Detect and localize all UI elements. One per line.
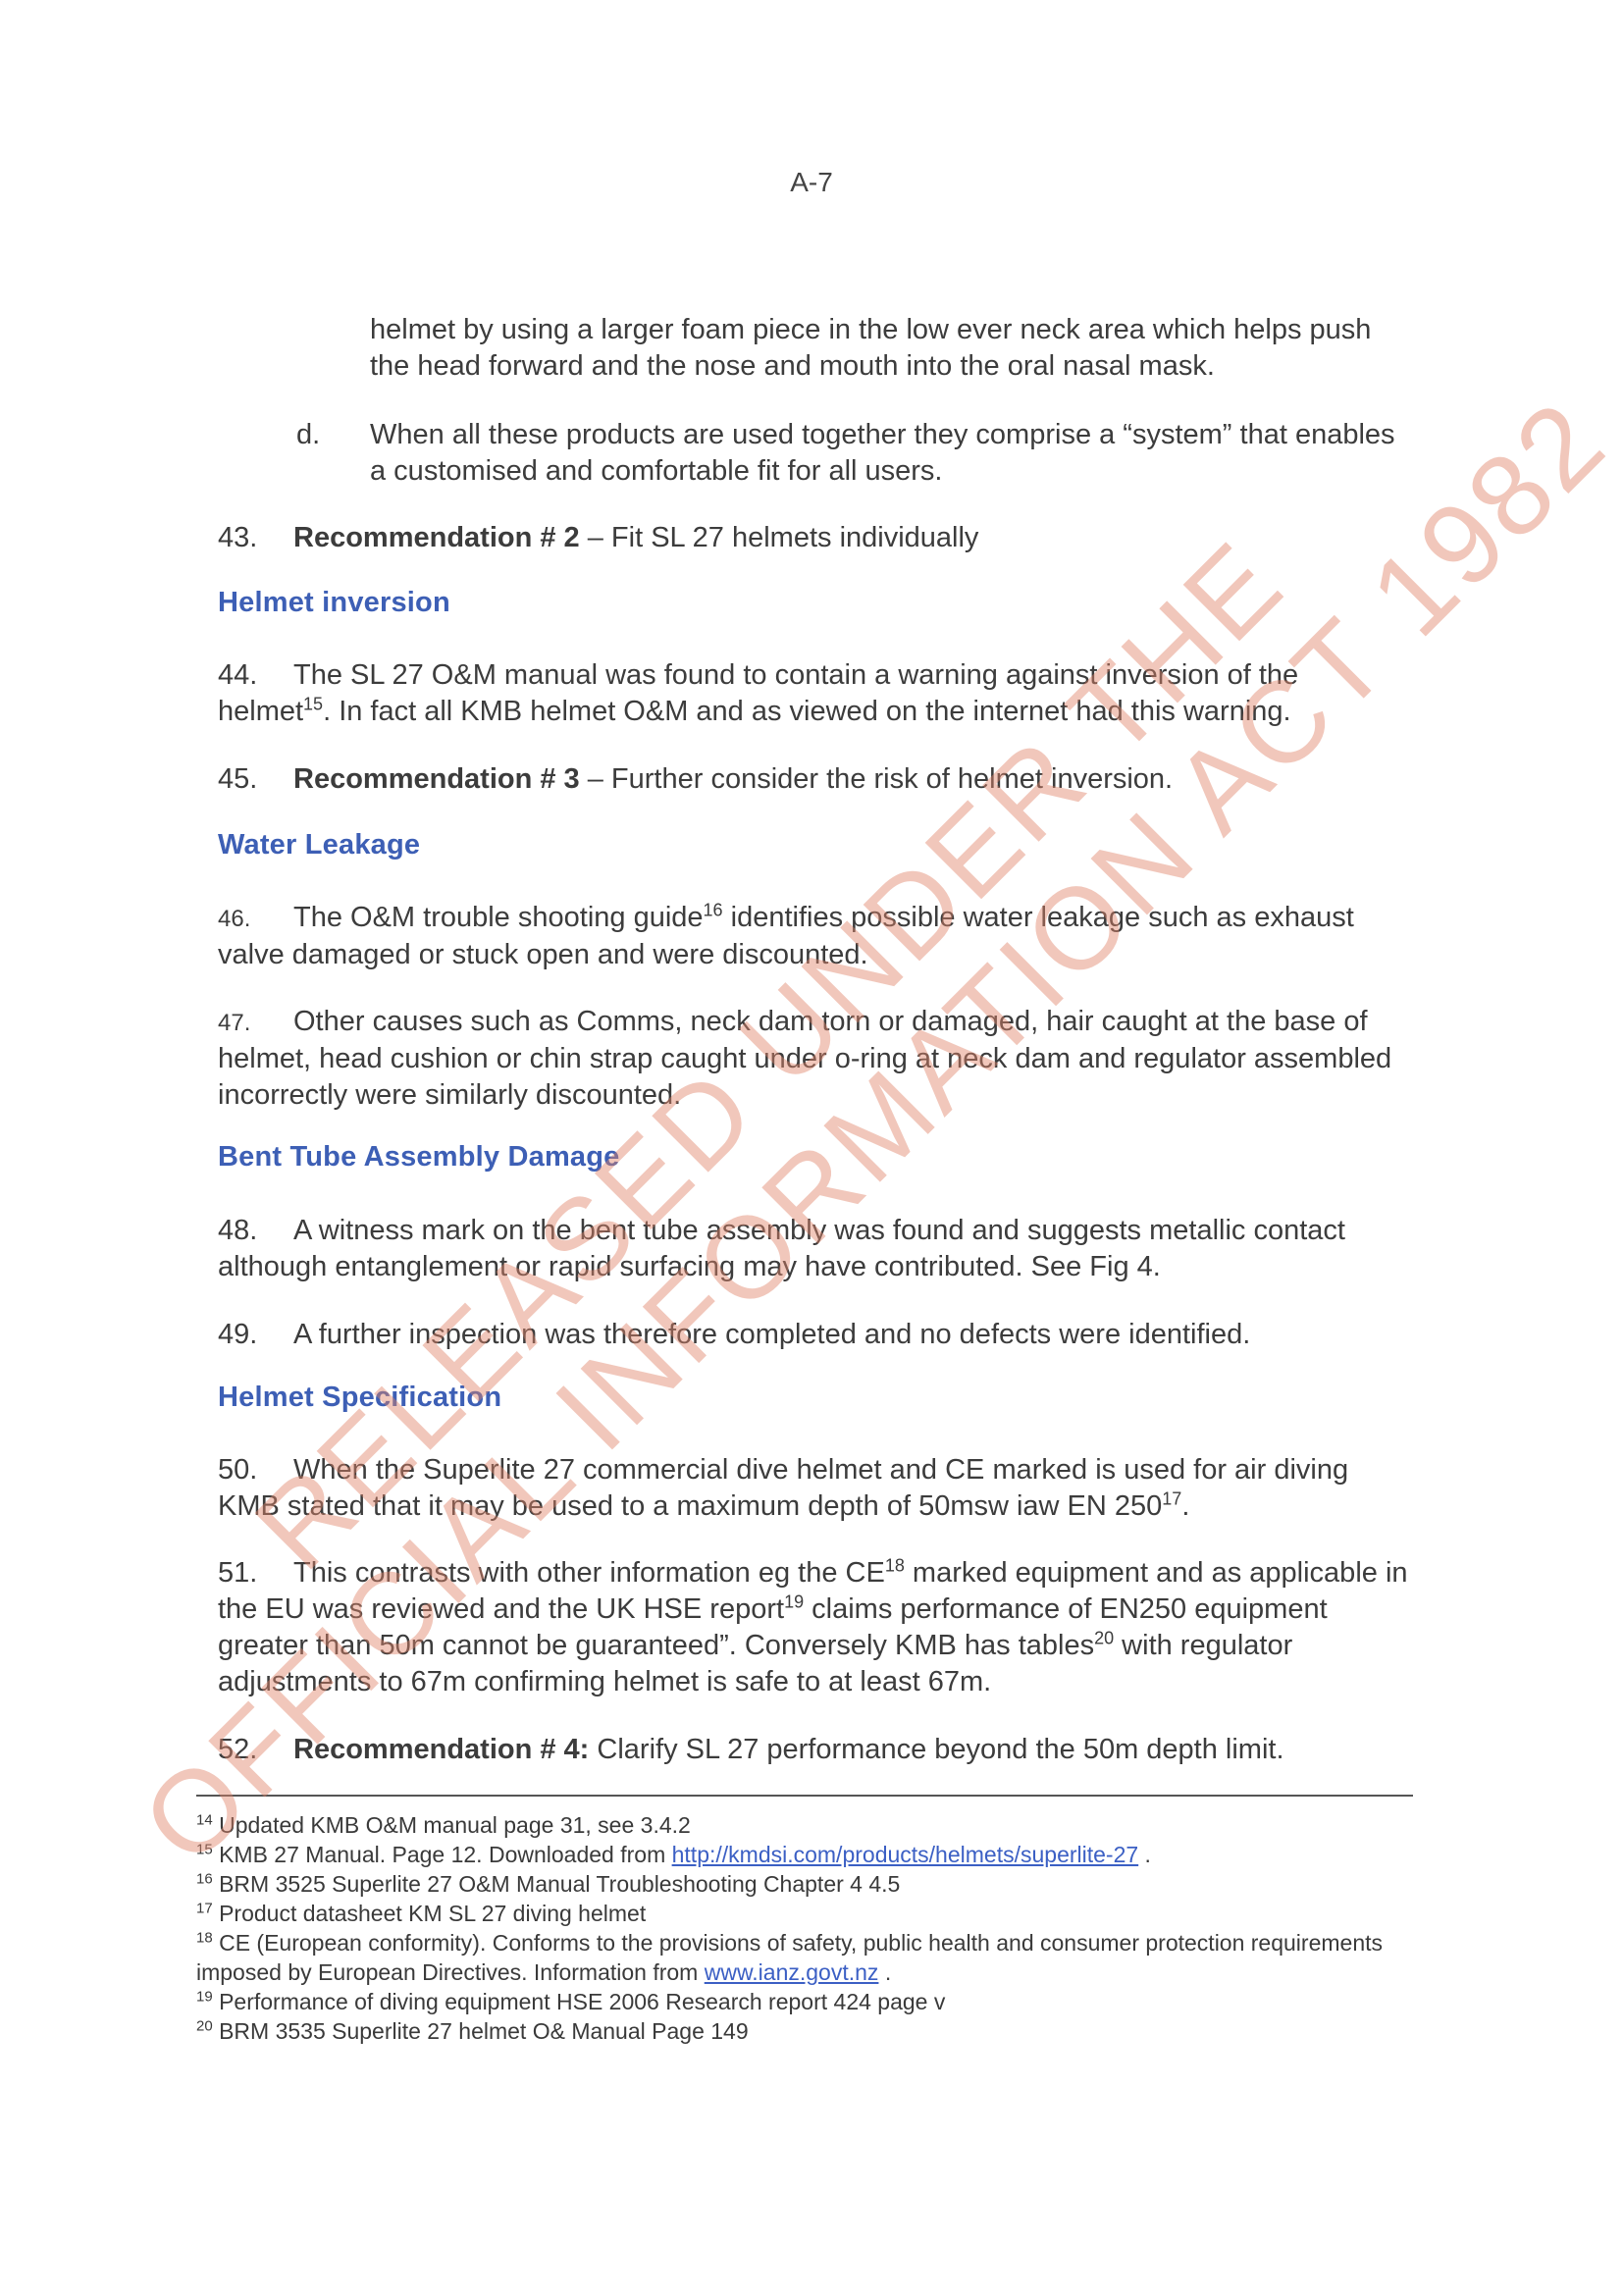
paragraph-47: 47.Other causes such as Comms, neck dam …: [218, 1004, 1415, 1114]
paragraph-48: 48.A witness mark on the bent tube assem…: [218, 1213, 1415, 1285]
footnote-ref[interactable]: 15: [303, 694, 323, 713]
section-heading-bent-tube: Bent Tube Assembly Damage: [218, 1141, 620, 1174]
recommendation-label: Recommendation # 2: [293, 522, 580, 553]
paragraph-51: 51.This contrasts with other information…: [218, 1555, 1415, 1700]
footnote-text: .: [878, 1959, 891, 1985]
paragraph-text: Clarify SL 27 performance beyond the 50m…: [589, 1734, 1283, 1765]
paragraph-49: 49.A further inspection was therefore co…: [218, 1317, 1415, 1353]
footnote-number: 15: [196, 1841, 213, 1857]
paragraph-number: 48.: [218, 1213, 293, 1249]
footnote-number: 17: [196, 1900, 213, 1916]
paragraph-number: 46.: [218, 901, 293, 937]
paragraph-46: 46.The O&M trouble shooting guide16 iden…: [218, 900, 1415, 973]
paragraph-number: 49.: [218, 1317, 293, 1353]
footnote-20: 20 BRM 3535 Superlite 27 helmet O& Manua…: [196, 2016, 1433, 2046]
paragraph-text: Other causes such as Comms, neck dam tor…: [218, 1006, 1391, 1111]
paragraph-number: 43.: [218, 520, 293, 556]
footnote-number: 18: [196, 1929, 213, 1946]
paragraph-text: A witness mark on the bent tube assembly…: [218, 1215, 1345, 1282]
footnote-ref[interactable]: 16: [704, 900, 723, 919]
paragraph-text: This contrasts with other information eg…: [293, 1557, 885, 1589]
paragraph-text: A further inspection was therefore compl…: [293, 1319, 1250, 1350]
footnote-ref[interactable]: 17: [1162, 1488, 1181, 1508]
footnote-text: Product datasheet KM SL 27 diving helmet: [219, 1901, 646, 1926]
paragraph-number: 44.: [218, 657, 293, 694]
paragraph-45: 45.Recommendation # 3 – Further consider…: [218, 761, 1415, 798]
footnote-link[interactable]: http://kmdsi.com/products/helmets/superl…: [672, 1842, 1139, 1867]
footnote-text: KMB 27 Manual. Page 12. Downloaded from: [219, 1842, 672, 1867]
paragraph-number: 50.: [218, 1452, 293, 1488]
paragraph-50: 50.When the Superlite 27 commercial dive…: [218, 1452, 1415, 1525]
footnote-15: 15 KMB 27 Manual. Page 12. Downloaded fr…: [196, 1840, 1433, 1869]
footnote-text: BRM 3525 Superlite 27 O&M Manual Trouble…: [219, 1871, 900, 1897]
paragraph-number: 47.: [218, 1005, 293, 1041]
recommendation-label: Recommendation # 4:: [293, 1734, 589, 1765]
footnote-16: 16 BRM 3525 Superlite 27 O&M Manual Trou…: [196, 1869, 1433, 1899]
list-item-text: When all these products are used togethe…: [370, 417, 1415, 490]
footnote-text: BRM 3535 Superlite 27 helmet O& Manual P…: [219, 2018, 749, 2044]
paragraph-52: 52.Recommendation # 4: Clarify SL 27 per…: [218, 1732, 1415, 1768]
paragraph-number: 51.: [218, 1555, 293, 1592]
paragraph-number: 45.: [218, 761, 293, 798]
footnote-number: 14: [196, 1811, 213, 1828]
paragraph-text: . In fact all KMB helmet O&M and as view…: [323, 696, 1291, 727]
section-heading-helmet-specification: Helmet Specification: [218, 1382, 501, 1414]
paragraph-text: The O&M trouble shooting guide: [293, 902, 704, 933]
footnote-18: 18 CE (European conformity). Conforms to…: [196, 1928, 1433, 1987]
list-item-d: d. When all these products are used toge…: [296, 417, 1415, 490]
recommendation-label: Recommendation # 3: [293, 763, 580, 795]
footnote-text: Performance of diving equipment HSE 2006…: [219, 1989, 945, 2014]
footnote-number: 20: [196, 2017, 213, 2034]
footnote-text: Updated KMB O&M manual page 31, see 3.4.…: [219, 1812, 691, 1838]
footnote-ref[interactable]: 20: [1094, 1628, 1114, 1647]
footnote-number: 19: [196, 1988, 213, 2005]
paragraph-43: 43.Recommendation # 2 – Fit SL 27 helmet…: [218, 520, 1415, 556]
paragraph-text: .: [1181, 1490, 1189, 1522]
footnote-link[interactable]: www.ianz.govt.nz: [705, 1959, 879, 1985]
footnote-number: 16: [196, 1870, 213, 1887]
footnote-ref[interactable]: 19: [784, 1592, 804, 1611]
footnotes: 14 Updated KMB O&M manual page 31, see 3…: [196, 1810, 1433, 2046]
footnote-text: .: [1138, 1842, 1151, 1867]
page-number: A-7: [0, 167, 1623, 198]
paragraph-text: – Further consider the risk of helmet in…: [580, 763, 1173, 795]
paragraph-number: 52.: [218, 1732, 293, 1768]
section-heading-helmet-inversion: Helmet inversion: [218, 587, 450, 619]
section-heading-water-leakage: Water Leakage: [218, 829, 420, 861]
footnote-19: 19 Performance of diving equipment HSE 2…: [196, 1987, 1433, 2016]
footnote-14: 14 Updated KMB O&M manual page 31, see 3…: [196, 1810, 1433, 1840]
footnote-17: 17 Product datasheet KM SL 27 diving hel…: [196, 1899, 1433, 1928]
list-item-label: d.: [296, 417, 320, 453]
paragraph-text: – Fit SL 27 helmets individually: [580, 522, 979, 553]
list-item-c-continuation: helmet by using a larger foam piece in t…: [370, 312, 1410, 385]
footnote-separator: [196, 1795, 1413, 1797]
paragraph-44: 44.The SL 27 O&M manual was found to con…: [218, 657, 1415, 730]
footnote-ref[interactable]: 18: [885, 1555, 905, 1575]
